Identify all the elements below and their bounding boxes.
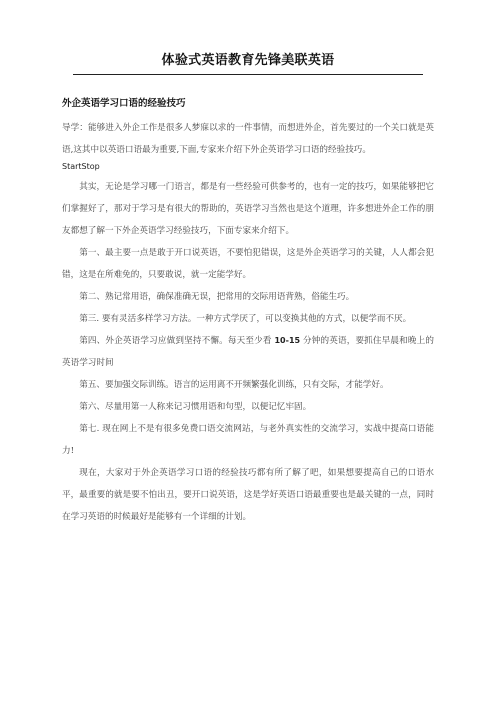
start-stop-marker: StartStop (62, 161, 434, 173)
paragraph-1: 其实，无论是学习哪一门语言，都是有一些经验可供参考的，也有一定的技巧，如果能够把… (62, 176, 434, 242)
tip-6: 第六、尽量用第一人称来记习惯用语和句型，以便记忆牢固。 (62, 396, 434, 418)
article-body: 外企英语学习口语的经验技巧 导学：能够进入外企工作是很多人梦寐以求的一件事情，而… (62, 97, 434, 528)
tip-4: 第四、外企英语学习应做到坚持不懈。每天至少看 10-15 分钟的英语，要抓住早晨… (62, 330, 434, 374)
article-subtitle: 外企英语学习口语的经验技巧 (62, 97, 434, 111)
tip-3: 第三. 要有灵活多样学习方法。一种方式学厌了，可以变换其他的方式，以便学而不厌。 (62, 308, 434, 330)
tip-2: 第二、熟记常用语，确保准确无误，把常用的交际用语背熟，俗能生巧。 (62, 286, 434, 308)
tip-5: 第五、要加强交际训练。语言的运用离不开频繁强化训练，只有交际，才能学好。 (62, 374, 434, 396)
conclusion-paragraph: 现在，大家对于外企英语学习口语的经验技巧都有所了解了吧，如果想要提高自己的口语水… (62, 462, 434, 528)
tip-1: 第一、最主要一点是敢于开口说英语，不要怕犯错误，这是外企英语学习的关键，人人都会… (62, 242, 434, 286)
header-title: 体验式英语教育先锋美联英语 (0, 49, 496, 68)
tip-4-text: 第四、外企英语学习应做到坚持不懈。每天至少看 (79, 336, 274, 346)
header-divider (73, 74, 423, 75)
tip-4-number: 10-15 (274, 336, 300, 345)
intro-paragraph: 导学：能够进入外企工作是很多人梦寐以求的一件事情，而想进外企，首先要过的一个关口… (62, 117, 434, 161)
tip-7: 第七. 现在网上不是有很多免费口语交流网站，与老外真实性的交流学习，实战中提高口… (62, 418, 434, 462)
